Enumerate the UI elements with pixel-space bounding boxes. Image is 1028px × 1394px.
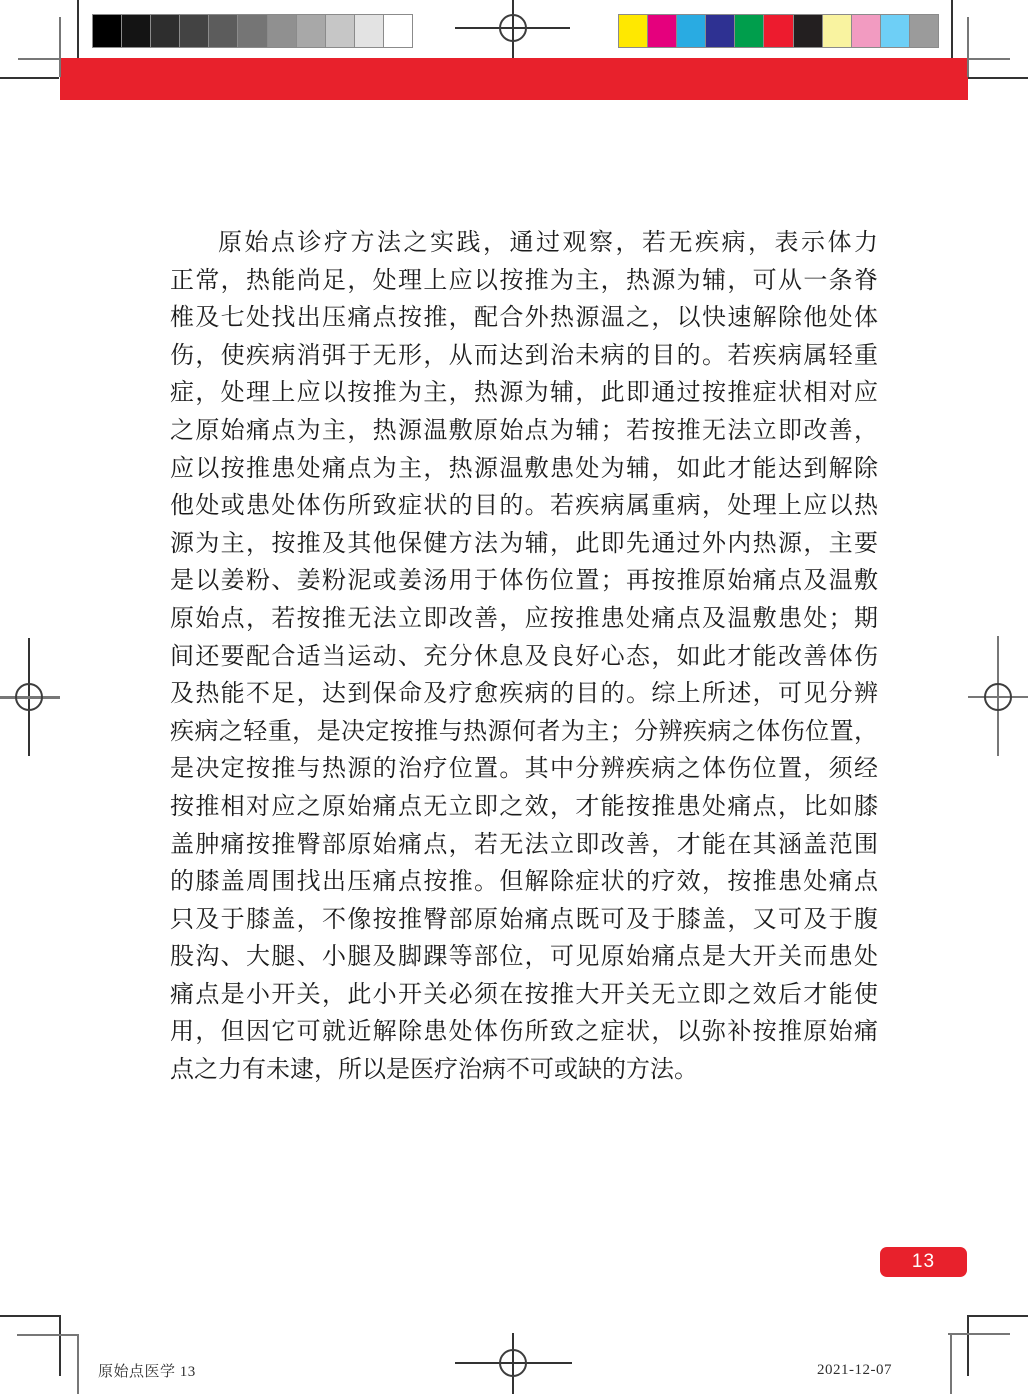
crop-line xyxy=(967,1315,969,1376)
text-line: 间还要配合适当运动、充分休息及良好心态，如此才能改善体伤 xyxy=(170,638,878,676)
calibration-swatch xyxy=(647,14,677,48)
text-line: 之原始痛点为主，热源温敷原始点为辅；若按推无法立即改善， xyxy=(170,412,878,450)
crop-line xyxy=(951,0,953,58)
crop-line xyxy=(17,1334,77,1336)
calibration-swatch xyxy=(354,14,384,48)
grayscale-calibration-strip xyxy=(92,14,412,48)
calibration-swatch xyxy=(822,14,852,48)
calibration-swatch xyxy=(237,14,267,48)
crop-line xyxy=(0,77,59,79)
text-line: 原始点，若按推无法立即改善，应按推患处痛点及温敷患处；期 xyxy=(170,600,878,638)
red-banner xyxy=(60,58,968,100)
crop-line xyxy=(950,1333,952,1394)
text-line: 的膝盖周围找出压痛点按推。但解除症状的疗效，按推患处痛点 xyxy=(170,863,878,901)
text-line: 症，处理上应以按推为主，热源为辅，此即通过按推症状相对应 xyxy=(170,374,878,412)
calibration-swatch xyxy=(734,14,764,48)
body-paragraph: 原始点诊疗方法之实践，通过观察，若无疾病，表示体力 正常，热能尚足，处理上应以按… xyxy=(170,224,878,1089)
crop-line xyxy=(59,1315,61,1376)
text-line: 正常，热能尚足，处理上应以按推为主，热源为辅，可从一条脊 xyxy=(170,262,878,300)
registration-circle-icon xyxy=(984,683,1012,711)
calibration-swatch xyxy=(705,14,735,48)
crop-line xyxy=(967,17,969,77)
text-line: 椎及七处找出压痛点按推，配合外热源温之，以快速解除他处体 xyxy=(170,299,878,337)
text-line: 原始点诊疗方法之实践，通过观察，若无疾病，表示体力 xyxy=(170,224,878,262)
crop-line xyxy=(948,1333,1010,1335)
calibration-swatch xyxy=(851,14,881,48)
calibration-swatch xyxy=(676,14,706,48)
text-line: 他处或患处体伤所致症状的目的。若疾病属重病，处理上应以热 xyxy=(170,487,878,525)
text-line: 疾病之轻重，是决定按推与热源何者为主；分辨疾病之体伤位置， xyxy=(170,713,878,751)
calibration-swatch xyxy=(121,14,151,48)
text-line: 盖肿痛按推臀部原始痛点，若无法立即改善，才能在其涵盖范围 xyxy=(170,826,878,864)
crop-line xyxy=(77,0,79,58)
footer-date: 2021-12-07 xyxy=(817,1362,892,1379)
crop-line xyxy=(968,77,1028,79)
color-calibration-strip xyxy=(618,14,938,48)
calibration-swatch xyxy=(92,14,122,48)
calibration-swatch xyxy=(909,14,939,48)
text-line: 用，但因它可就近解除患处体伤所致之症状，以弥补按推原始痛 xyxy=(170,1013,878,1051)
scanned-book-page: 原始点诊疗方法之实践，通过观察，若无疾病，表示体力 正常，热能尚足，处理上应以按… xyxy=(0,0,1028,1394)
calibration-swatch xyxy=(208,14,238,48)
calibration-swatch xyxy=(618,14,648,48)
page-number-badge: 13 xyxy=(880,1247,967,1277)
text-line: 及热能不足，达到保命及疗愈疾病的目的。综上所述，可见分辨 xyxy=(170,675,878,713)
text-line: 只及于膝盖，不像按推臀部原始痛点既可及于膝盖，又可及于腹 xyxy=(170,901,878,939)
registration-circle-icon xyxy=(15,683,43,711)
registration-circle-icon xyxy=(499,14,527,42)
text-line: 是决定按推与热源的治疗位置。其中分辨疾病之体伤位置，须经 xyxy=(170,750,878,788)
text-line: 点之力有未逮，所以是医疗治病不可或缺的方法。 xyxy=(170,1051,878,1089)
text-line: 应以按推患处痛点为主，热源温敷患处为辅，如此才能达到解除 xyxy=(170,450,878,488)
calibration-swatch xyxy=(325,14,355,48)
registration-circle-icon xyxy=(499,1349,527,1377)
calibration-swatch xyxy=(296,14,326,48)
calibration-swatch xyxy=(179,14,209,48)
calibration-swatch xyxy=(793,14,823,48)
crop-line xyxy=(18,58,60,60)
text-line: 伤，使疾病消弭于无形，从而达到治未病的目的。若疾病属轻重 xyxy=(170,337,878,375)
text-line: 痛点是小开关，此小开关必须在按推大开关无立即之效后才能使 xyxy=(170,976,878,1014)
crop-line xyxy=(968,58,1010,60)
calibration-swatch xyxy=(383,14,413,48)
text-line: 源为主，按推及其他保健方法为辅，此即先通过外内热源，主要 xyxy=(170,525,878,563)
calibration-swatch xyxy=(267,14,297,48)
text-line: 是以姜粉、姜粉泥或姜汤用于体伤位置；再按推原始痛点及温敷 xyxy=(170,562,878,600)
crop-line xyxy=(967,1315,1028,1317)
calibration-swatch xyxy=(763,14,793,48)
crop-line xyxy=(77,1334,79,1394)
crop-line xyxy=(0,1315,59,1317)
calibration-swatch xyxy=(880,14,910,48)
text-line: 按推相对应之原始痛点无立即之效，才能按推患处痛点，比如膝 xyxy=(170,788,878,826)
crop-line xyxy=(59,17,61,77)
text-line: 股沟、大腿、小腿及脚踝等部位，可见原始痛点是大开关而患处 xyxy=(170,938,878,976)
calibration-swatch xyxy=(150,14,180,48)
footer-book-title: 原始点医学 13 xyxy=(98,1360,196,1381)
